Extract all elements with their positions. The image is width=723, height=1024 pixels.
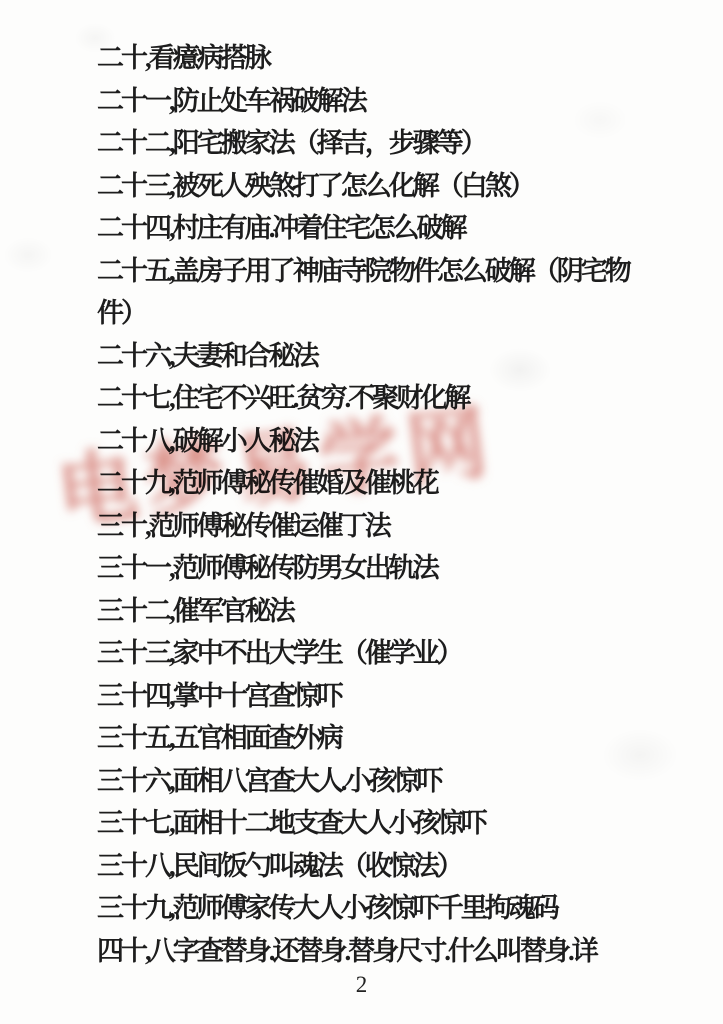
scanned-document-page: 二十,看癔病搭脉 二十一,防止处车祸破解法 二十二,阳宅搬家法（择吉，步骤等） … bbox=[0, 0, 723, 1024]
list-item: 三十五,五官相面查外病 bbox=[97, 717, 657, 760]
list-item: 二十二,阳宅搬家法（择吉，步骤等） bbox=[97, 122, 657, 165]
list-item: 二十八,破解小人秘法 bbox=[97, 420, 657, 463]
list-item: 三十七,面相十二地支查大人小孩惊吓 bbox=[97, 802, 657, 845]
list-item: 三十四,掌中十宫查惊吓 bbox=[97, 675, 657, 718]
toc-list: 二十,看癔病搭脉 二十一,防止处车祸破解法 二十二,阳宅搬家法（择吉，步骤等） … bbox=[97, 37, 657, 972]
list-item: 二十一,防止处车祸破解法 bbox=[97, 80, 657, 123]
list-item: 二十五,盖房子用了神庙寺院物件怎么破解（阴宅物件） bbox=[97, 250, 657, 335]
list-item: 三十八,民间饭勺叫魂法（收惊法） bbox=[97, 845, 657, 888]
list-item: 四十,八字查替身.还替身.替身尺寸.什么叫替身.详 bbox=[97, 930, 657, 973]
list-item: 二十,看癔病搭脉 bbox=[97, 37, 657, 80]
list-item: 二十九,范师傅秘传催婚及催桃花 bbox=[97, 462, 657, 505]
list-item: 二十七,住宅不兴旺.贫穷.不聚财化解 bbox=[97, 377, 657, 420]
page-number: 2 bbox=[0, 972, 723, 998]
list-item: 二十四,村庄有庙.冲着住宅怎么破解 bbox=[97, 207, 657, 250]
list-item: 三十一,范师傅秘传防男女出轨法 bbox=[97, 547, 657, 590]
list-item: 三十,范师傅秘传催运催丁法 bbox=[97, 505, 657, 548]
list-item: 三十九,范师傅家传大人小孩惊吓千里拘魂码 bbox=[97, 887, 657, 930]
list-item: 二十三,被死人殃煞打了怎么化解（白煞） bbox=[97, 165, 657, 208]
list-item: 三十三,家中不出大学生（催学业） bbox=[97, 632, 657, 675]
list-item: 二十六,夫妻和合秘法 bbox=[97, 335, 657, 378]
list-item: 三十二,催军官秘法 bbox=[97, 590, 657, 633]
list-item: 三十六,面相八宫查大人.小孩惊吓 bbox=[97, 760, 657, 803]
